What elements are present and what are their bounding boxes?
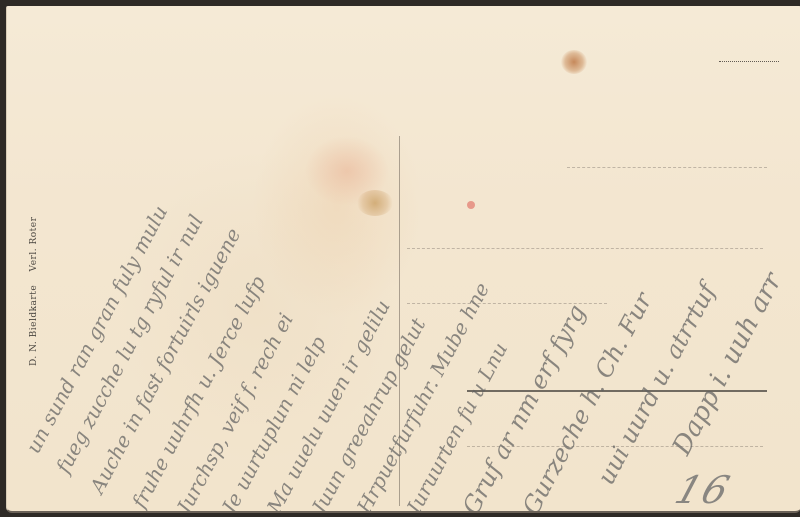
handwriting-line: un sund ran gran fuly mulu — [21, 201, 172, 457]
handwriting-line: Juun greeahrup gelut — [307, 314, 430, 513]
address-line — [407, 303, 607, 304]
address-line — [467, 390, 767, 392]
handwriting-line: fruhe uuhrfh u. Jerce lufp — [127, 272, 270, 513]
stamp-box-line — [719, 61, 779, 62]
address-line — [567, 167, 767, 168]
handwriting-line: Iuruurten fu u Lnu — [402, 339, 512, 513]
address-line — [467, 446, 763, 447]
handwriting-line: Hrpuetfurfuhr. Mube hne — [352, 279, 494, 513]
address-line — [407, 248, 763, 249]
handwriting-line: Auche in fast fortuirls iguene — [85, 224, 246, 497]
center-divider-line — [399, 136, 400, 506]
stain-spot — [467, 201, 475, 209]
handwriting-line: Dapp i. uuh arr — [667, 268, 788, 460]
stain-spot — [561, 50, 587, 74]
handwriting-line: fueg zucche lu tg ryful ir nul — [51, 210, 208, 477]
stain-spot — [357, 190, 393, 216]
handwriting-line: Jurchsp, veif f. rech ei — [172, 309, 298, 513]
postcard-back: D. N. Bieldkarte Verl. Roter un sund ran… — [6, 6, 800, 513]
handwriting-line: Gurzeche h. Ch. Fur — [517, 288, 658, 513]
handwriting-line: Ma uuelu uuen ir gelilu — [262, 296, 395, 513]
handwriting-line: Je uurtuplun ni lelp — [217, 332, 331, 513]
publisher-name: D. N. Bieldkarte — [29, 285, 39, 366]
publisher-suffix: Verl. Roter — [29, 217, 39, 272]
postcard-scan: D. N. Bieldkarte Verl. Roter un sund ran… — [0, 0, 800, 517]
handwriting-line: uui uurd u. atrrtuf — [592, 279, 722, 489]
handwriting-line: Gruf ar nm erf fyrg — [457, 300, 591, 513]
pencil-price-note: 16 — [670, 468, 737, 512]
publisher-imprint: D. N. Bieldkarte Verl. Roter — [29, 207, 39, 366]
handwritten-message: un sund ran gran fuly mulu fueg zucche l… — [7, 6, 800, 511]
